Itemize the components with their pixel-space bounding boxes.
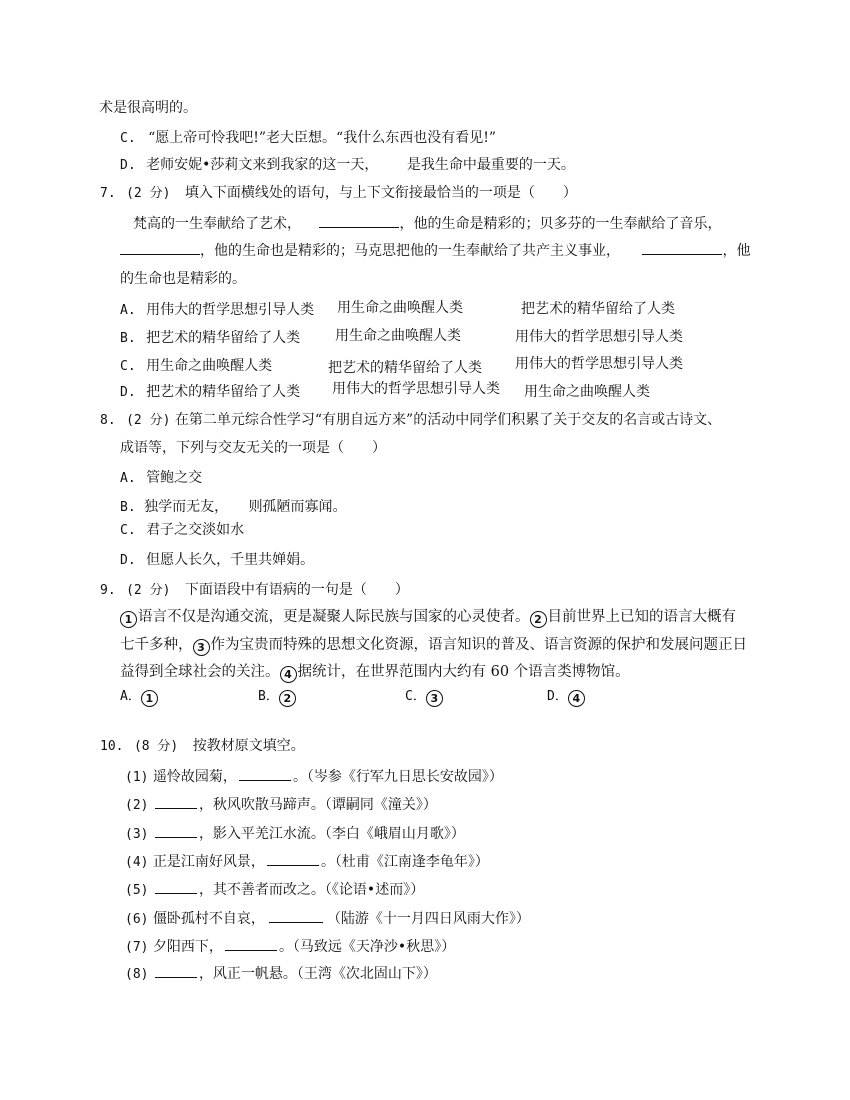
item-number: (3) (125, 827, 148, 842)
option-label: D. (120, 553, 136, 568)
q7-option-a: A. 用伟大的哲学思想引导人类 (120, 301, 314, 320)
question-score: (2 分) (126, 413, 170, 428)
question-prompt: 下面语段中有语病的一句是（ ） (185, 582, 409, 598)
q7-option-d-col3: 用生命之曲唤醒人类 (524, 383, 650, 401)
q7-option-b-col3: 用伟大的哲学思想引导人类 (515, 328, 683, 346)
option-text: 是我生命中最重要的一天。 (407, 157, 575, 173)
question-score: (2 分) (126, 583, 170, 598)
question-prompt: 在第二单元综合性学习“有朋自远方来”的活动中同学们积累了关于交友的名言或古诗文、 (175, 412, 721, 428)
q7-option-c-col2: 把艺术的精华留给了人类 (328, 359, 482, 377)
circled-number-icon: 4 (280, 666, 297, 683)
circled-number-icon: 1 (141, 690, 158, 707)
q9-option-b: B．2 (258, 687, 297, 707)
item-text: ，风正一帆悬。（王湾《次北固山下》） (199, 966, 437, 982)
item-text: 。（岑参《行军九日思长安故园》） (293, 769, 503, 785)
q10-item-4: (4) 正是江南好风景，。（杜甫《江南逢李龟年》） (125, 851, 489, 872)
option-label: B. (120, 331, 136, 346)
item-number: (5) (125, 883, 148, 898)
q7-passage-line-3: 的生命也是精彩的。 (120, 270, 246, 288)
passage-text: 作为宝贵而特殊的思想文化资源，语言知识的普及、语言资源的保护和发展问题正日 (211, 637, 748, 653)
passage-text: 据统计，在世界范围内大约有 60 个语言类博物馆。 (298, 664, 630, 680)
circled-number-icon: 2 (279, 690, 296, 707)
circled-number-icon: 1 (120, 611, 137, 628)
item-number: (2) (125, 798, 148, 813)
item-number: (7) (125, 940, 148, 955)
fill-blank[interactable] (642, 240, 722, 255)
option-label: D． (547, 689, 568, 704)
fill-blank[interactable] (155, 794, 197, 809)
question-8-header: 8. (2 分) 在第二单元综合性学习“有朋自远方来”的活动中同学们积累了关于交… (100, 411, 721, 430)
q7-passage-line-1: 梵高的一生奉献给了艺术， ，他的生命是精彩的；贝多芬的一生奉献给了音乐， (133, 213, 721, 233)
q8-option-c: C. 君子之交淡如水 (120, 521, 244, 540)
option-label: C. (120, 131, 136, 146)
q10-item-1: (1) 遥怜故园菊，。（岑参《行军九日思长安故园》） (125, 766, 503, 787)
item-text: ，影入平羌江水流。（李白《峨眉山月歌》） (199, 826, 465, 842)
circled-number-icon: 3 (426, 690, 443, 707)
question-score: (2 分) (126, 186, 170, 201)
option-label: C． (405, 689, 426, 704)
question-7-header: 7. (2 分) 填入下面横线处的语句，与上下文衔接最恰当的一项是（ ） (100, 184, 577, 203)
q7-option-d: D. 把艺术的精华留给了人类 (120, 383, 300, 402)
fill-blank[interactable] (239, 766, 291, 781)
q7-option-d-col2: 用伟大的哲学思想引导人类 (332, 380, 500, 398)
q7-option-a-col3: 把艺术的精华留给了人类 (521, 300, 675, 318)
question-number: 10. (100, 739, 123, 754)
question-score: (8 分) (134, 739, 178, 754)
fill-blank[interactable] (155, 963, 197, 978)
option-phrase: 用生命之曲唤醒人类 (146, 358, 272, 374)
question-9-header: 9. (2 分) 下面语段中有语病的一句是（ ） (100, 581, 409, 600)
q8-option-a: A. 管鲍之交 (120, 469, 202, 488)
question-prompt: 填入下面横线处的语句，与上下文衔接最恰当的一项是（ ） (185, 185, 577, 201)
option-label: D. (120, 385, 136, 400)
item-number: (8) (125, 967, 148, 982)
q9-passage-line-3: 益得到全球社会的关注。4据统计，在世界范围内大约有 60 个语言类博物馆。 (120, 663, 630, 683)
circled-number-icon: 3 (193, 639, 210, 656)
option-text: 老师安妮•莎莉文来到我家的这一天， (146, 157, 378, 173)
q7-option-c-col3: 用伟大的哲学思想引导人类 (515, 355, 683, 373)
option-text: 独学而无友， (144, 499, 228, 515)
carryover-text: 术是很高明的。 (99, 99, 197, 117)
q7-passage-line-2: ，他的生命也是精彩的；马克思把他的一生奉献给了共产主义事业， ，他 (120, 240, 750, 260)
passage-text: 七千多种， (120, 637, 193, 653)
item-text: 。（马致远《天净沙•秋思》） (279, 939, 455, 955)
q9-option-a: A．1 (120, 687, 159, 707)
passage-text: 语言不仅是沟通交流，更是凝聚人际民族与国家的心灵使者。 (138, 609, 530, 625)
q10-item-5: (5) ，其不善者而改之。（《论语•述而》） (125, 879, 424, 900)
circled-number-icon: 4 (568, 690, 585, 707)
option-label: D. (120, 158, 136, 173)
option-label: A. (120, 471, 136, 486)
circled-number-icon: 2 (530, 611, 547, 628)
fill-blank[interactable] (120, 240, 200, 255)
item-number: (1) (125, 770, 148, 785)
option-phrase: 把艺术的精华留给了人类 (146, 384, 300, 400)
q10-item-2: (2) ，秋风吹散马蹄声。（谭嗣同《潼关》） (125, 794, 437, 815)
option-label: C. (120, 359, 136, 374)
passage-text: 益得到全球社会的关注。 (120, 664, 280, 680)
option-label: A． (120, 689, 141, 704)
q7-option-a-col2: 用生命之曲唤醒人类 (337, 299, 463, 317)
option-label: C. (120, 523, 136, 538)
fill-blank[interactable] (269, 908, 323, 923)
q10-item-6: (6) 僵卧孤村不自哀，（陆游《十一月四日风雨大作》） (125, 908, 530, 929)
item-text: 正是江南好风景， (153, 854, 265, 870)
option-label: B. (120, 500, 136, 515)
question-10-header: 10. (8 分) 按教材原文填空。 (100, 737, 305, 756)
item-number: (4) (125, 855, 148, 870)
fill-blank[interactable] (319, 213, 399, 228)
item-text: 。（杜甫《江南逢李龟年》） (321, 854, 489, 870)
option-text: 管鲍之交 (146, 470, 202, 486)
item-text: ，其不善者而改之。（《论语•述而》） (199, 882, 424, 898)
option-label: A. (120, 303, 136, 318)
item-text: 遥怜故园菊， (153, 769, 237, 785)
q6-option-c: C. “愿上帝可怜我吧!”老大臣想。“我什么东西也没有看见!” (120, 129, 496, 148)
question-number: 9. (100, 583, 116, 598)
passage-text: ，他 (722, 243, 750, 259)
item-number: (6) (125, 912, 148, 927)
question-8-prompt-line-2: 成语等，下列与交友无关的一项是（ ） (120, 439, 386, 457)
option-label: B． (258, 689, 279, 704)
option-text: 则孤陋而寡闻。 (249, 499, 347, 515)
q10-item-7: (7) 夕阳西下，。（马致远《天净沙•秋思》） (125, 936, 455, 957)
question-number: 8. (100, 413, 116, 428)
q8-option-d: D. 但愿人长久，千里共婵娟。 (120, 551, 314, 570)
passage-text: 梵高的一生奉献给了艺术， (133, 216, 301, 232)
q9-passage-line-1: 1语言不仅是沟通交流，更是凝聚人际民族与国家的心灵使者。2目前世界上已知的语言大… (120, 608, 736, 628)
question-number: 7. (100, 186, 116, 201)
passage-text: 目前世界上已知的语言大概有 (548, 609, 737, 625)
passage-text: ，他的生命是精彩的；贝多芬的一生奉献给了音乐， (399, 216, 721, 232)
fill-blank[interactable] (225, 936, 277, 951)
q9-passage-line-2: 七千多种，3作为宝贵而特殊的思想文化资源，语言知识的普及、语言资源的保护和发展问… (120, 636, 747, 656)
q10-item-8: (8) ，风正一帆悬。（王湾《次北固山下》） (125, 963, 437, 984)
q9-option-d: D．4 (547, 687, 586, 707)
q6-option-d: D. 老师安妮•莎莉文来到我家的这一天， 是我生命中最重要的一天。 (120, 156, 575, 175)
fill-blank[interactable] (267, 851, 319, 866)
fill-blank[interactable] (155, 823, 197, 838)
q9-option-c: C．3 (405, 687, 444, 707)
item-text: 僵卧孤村不自哀， (153, 911, 265, 927)
fill-blank[interactable] (155, 879, 197, 894)
item-text: （陆游《十一月四日风雨大作》） (327, 911, 530, 927)
q7-option-c: C. 用生命之曲唤醒人类 (120, 357, 272, 376)
option-text: “愿上帝可怜我吧!”老大臣想。“我什么东西也没有看见!” (148, 130, 496, 146)
q8-option-b: B. 独学而无友， 则孤陋而寡闻。 (120, 498, 347, 517)
q10-item-3: (3) ，影入平羌江水流。（李白《峨眉山月歌》） (125, 823, 465, 844)
passage-text: ，他的生命也是精彩的；马克思把他的一生奉献给了共产主义事业， (200, 243, 620, 259)
option-phrase: 把艺术的精华留给了人类 (146, 330, 300, 346)
option-text: 但愿人长久，千里共婵娟。 (146, 552, 314, 568)
q7-option-b-col2: 用生命之曲唤醒人类 (335, 327, 461, 345)
item-text: ，秋风吹散马蹄声。（谭嗣同《潼关》） (199, 797, 437, 813)
question-prompt: 按教材原文填空。 (193, 738, 305, 754)
q7-option-b: B. 把艺术的精华留给了人类 (120, 329, 300, 348)
option-text: 君子之交淡如水 (146, 522, 244, 538)
option-phrase: 用伟大的哲学思想引导人类 (146, 302, 314, 318)
item-text: 夕阳西下， (153, 939, 223, 955)
